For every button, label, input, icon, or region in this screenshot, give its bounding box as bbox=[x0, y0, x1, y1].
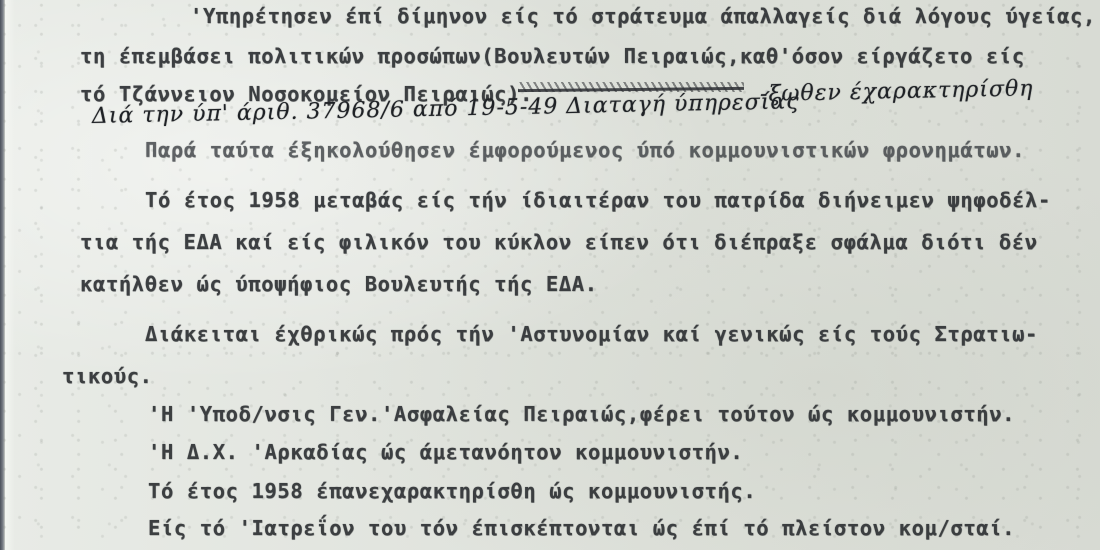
typed-line: Παρά ταύτα έξηκολούθησεν έμφορούμενος ύπ… bbox=[145, 138, 1025, 162]
scanned-document-page: 'Υπηρέτησεν έπί δίμηνον είς τό στράτευμα… bbox=[0, 0, 1100, 550]
typed-line: κατήλθεν ώς ύποψήφιος Βουλευτής τής ΕΔΑ. bbox=[80, 272, 598, 296]
scan-left-highlight bbox=[5, 0, 15, 550]
typed-line: Είς τό 'Ιατρεΐον του τόν έπισκέπτονται ώ… bbox=[148, 516, 1015, 540]
typed-line: 'Υπηρέτησεν έπί δίμηνον είς τό στράτευμα… bbox=[190, 4, 1096, 28]
handwritten-annotation: -ξωθεν έχαρακτηρίσθη bbox=[760, 76, 1034, 107]
typed-line: τη έπεμβάσει πολιτικών προσώπων(Βουλευτώ… bbox=[80, 44, 1025, 68]
typed-line: 'Η 'Υποδ/νσις Γεν.'Ασφαλείας Πειραιώς,φέ… bbox=[148, 402, 1015, 426]
typed-line: τια τής ΕΔΑ καί είς φιλικόν του κύκλον ε… bbox=[80, 230, 1038, 254]
typed-line: Διάκειται έχθρικώς πρός τήν 'Αστυνομίαν … bbox=[145, 322, 1038, 346]
typed-line: Τό έτος 1958 έπανεχαρακτηρίσθη ώς κομμου… bbox=[148, 479, 756, 503]
typed-line: τικούς. bbox=[62, 364, 153, 388]
typed-line: 'Η Δ.Χ. 'Αρκαδίας ώς άμετανόητον κομμουν… bbox=[148, 440, 743, 464]
typed-line: Τό έτος 1958 μεταβάς είς τήν ίδιαιτέραν … bbox=[145, 188, 1051, 212]
